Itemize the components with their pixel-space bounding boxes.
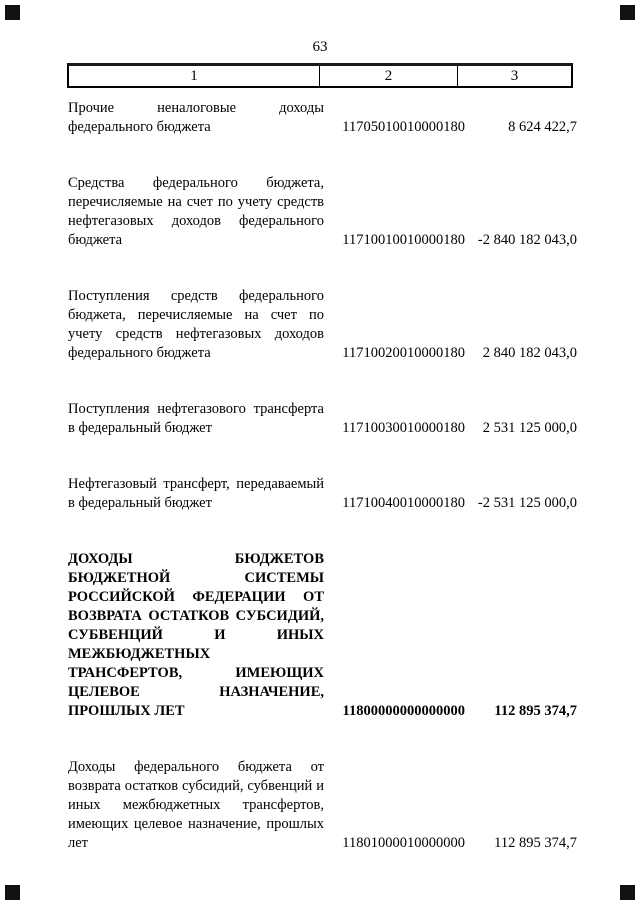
row-budget-code: 11800000000000000 <box>324 702 465 721</box>
scan-corner-mark-top-left <box>5 5 20 20</box>
row-amount: 112 895 374,7 <box>465 834 577 853</box>
row-amount: 112 895 374,7 <box>465 702 577 721</box>
row-income-name: Средства федерального бюджета, перечисля… <box>68 174 324 250</box>
table-row: Нефтегазовый трансферт, передаваемый в ф… <box>0 475 640 513</box>
row-budget-code: 11710040010000180 <box>324 494 465 513</box>
scan-corner-mark-top-right <box>620 5 635 20</box>
row-amount: 8 624 422,7 <box>465 118 577 137</box>
table-row: Поступления средств федерального бюджета… <box>0 287 640 363</box>
row-amount: 2 531 125 000,0 <box>465 419 577 438</box>
row-budget-code: 11801000010000000 <box>324 834 465 853</box>
row-income-name: Поступления средств федерального бюджета… <box>68 287 324 363</box>
table-body: Прочие неналоговые доходы федерального б… <box>0 99 640 853</box>
row-income-name: Поступления нефтегазового трансферта в ф… <box>68 400 324 438</box>
table-row: Доходы федерального бюджета от возврата … <box>0 758 640 853</box>
row-income-name: Нефтегазовый трансферт, передаваемый в ф… <box>68 475 324 513</box>
column-header-2: 2 <box>320 66 458 86</box>
scan-corner-mark-bottom-right <box>620 885 635 900</box>
row-amount: -2 531 125 000,0 <box>465 494 577 513</box>
row-amount: -2 840 182 043,0 <box>465 231 577 250</box>
page-number: 63 <box>0 0 640 56</box>
scan-corner-mark-bottom-left <box>5 885 20 900</box>
column-header-table: 1 2 3 <box>67 63 573 88</box>
table-row: Средства федерального бюджета, перечисля… <box>0 174 640 250</box>
row-budget-code: 11710010010000180 <box>324 231 465 250</box>
row-budget-code: 11710020010000180 <box>324 344 465 363</box>
row-income-name: Прочие неналоговые доходы федерального б… <box>68 99 324 137</box>
column-header-1: 1 <box>69 66 320 86</box>
table-row: ДОХОДЫ БЮДЖЕТОВ БЮДЖЕТНОЙ СИСТЕМЫ РОССИЙ… <box>0 550 640 721</box>
document-page: 63 1 2 3 Прочие неналоговые доходы федер… <box>0 0 640 905</box>
row-budget-code: 11705010010000180 <box>324 118 465 137</box>
row-income-name: ДОХОДЫ БЮДЖЕТОВ БЮДЖЕТНОЙ СИСТЕМЫ РОССИЙ… <box>68 550 324 721</box>
column-header-3: 3 <box>458 66 571 86</box>
row-budget-code: 11710030010000180 <box>324 419 465 438</box>
row-amount: 2 840 182 043,0 <box>465 344 577 363</box>
row-income-name: Доходы федерального бюджета от возврата … <box>68 758 324 853</box>
table-row: Поступления нефтегазового трансферта в ф… <box>0 400 640 438</box>
table-row: Прочие неналоговые доходы федерального б… <box>0 99 640 137</box>
